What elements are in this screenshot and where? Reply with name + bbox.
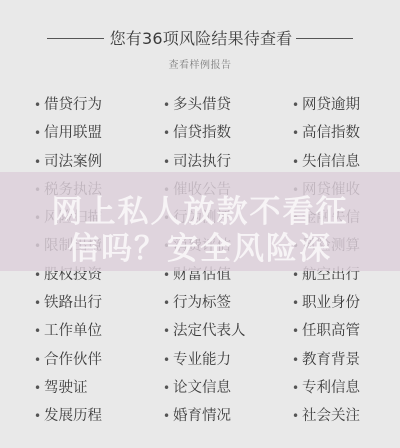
bullet-icon: • — [163, 121, 173, 145]
risk-item: •工作单位 — [34, 319, 102, 343]
risk-item: •高信指数 — [292, 121, 360, 145]
risk-item-label: 铁路出行 — [44, 295, 102, 311]
risk-item: •司法执行 — [163, 150, 231, 174]
risk-item-label: 社会关注 — [302, 408, 360, 424]
bullet-icon: • — [163, 319, 173, 343]
bullet-icon: • — [292, 404, 302, 428]
risk-item-label: 信用联盟 — [44, 125, 102, 141]
grid-row: •驾驶证•论文信息•专利信息 — [0, 376, 400, 404]
risk-item-label: 职业身份 — [302, 295, 360, 311]
grid-row: •信用联盟•信贷指数•高信指数 — [0, 121, 400, 149]
risk-item-label: 失信信息 — [302, 154, 360, 170]
risk-item: •合作伙伴 — [34, 348, 102, 372]
risk-item-label: 发展历程 — [44, 408, 102, 424]
risk-item-label: 司法案例 — [44, 154, 102, 170]
risk-item: •借贷行为 — [34, 93, 102, 117]
bullet-icon: • — [163, 150, 173, 174]
grid-row: •借贷行为•多头借贷•网贷逾期 — [0, 93, 400, 121]
bullet-icon: • — [34, 319, 44, 343]
risk-item: •失信信息 — [292, 150, 360, 174]
grid-row: •工作单位•法定代表人•任职高管 — [0, 319, 400, 347]
risk-item: •社会关注 — [292, 404, 360, 428]
bullet-icon: • — [163, 291, 173, 315]
risk-item-label: 信贷指数 — [173, 125, 231, 141]
bullet-icon: • — [34, 376, 44, 400]
risk-item-label: 专业能力 — [173, 352, 231, 368]
bullet-icon: • — [163, 376, 173, 400]
risk-item-label: 教育背景 — [302, 352, 360, 368]
bullet-icon: • — [292, 348, 302, 372]
headline-line-2: 信吗？安全风险深 — [0, 223, 400, 268]
bullet-icon: • — [34, 348, 44, 372]
bullet-icon: • — [292, 93, 302, 117]
risk-item: •婚育情况 — [163, 404, 231, 428]
risk-item-label: 论文信息 — [173, 380, 231, 396]
bullet-icon: • — [34, 404, 44, 428]
bullet-icon: • — [34, 150, 44, 174]
grid-row: •发展历程•婚育情况•社会关注 — [0, 404, 400, 432]
risk-item: •教育背景 — [292, 348, 360, 372]
bullet-icon: • — [292, 121, 302, 145]
risk-item-label: 网贷逾期 — [302, 97, 360, 113]
bullet-icon: • — [34, 121, 44, 145]
risk-item-label: 任职高管 — [302, 323, 360, 339]
view-sample-report-link[interactable]: 查看样例报告 — [0, 56, 400, 71]
risk-item-label: 驾驶证 — [44, 380, 88, 396]
risk-item-label: 法定代表人 — [173, 323, 246, 339]
divider-right — [296, 38, 353, 39]
risk-item-label: 司法执行 — [173, 154, 231, 170]
risk-item-label: 婚育情况 — [173, 408, 231, 424]
risk-item-label: 专利信息 — [302, 380, 360, 396]
risk-item-label: 借贷行为 — [44, 97, 102, 113]
risk-item: •多头借贷 — [163, 93, 231, 117]
risk-item: •发展历程 — [34, 404, 102, 428]
risk-item-label: 行为标签 — [173, 295, 231, 311]
risk-item: •职业身份 — [292, 291, 360, 315]
risk-item: •信贷指数 — [163, 121, 231, 145]
bullet-icon: • — [292, 291, 302, 315]
risk-count-title: 您有36项风险结果待查看 — [108, 26, 294, 49]
risk-item: •论文信息 — [163, 376, 231, 400]
header: 您有36项风险结果待查看 — [0, 24, 400, 52]
risk-item-label: 高信指数 — [302, 125, 360, 141]
grid-row: •合作伙伴•专业能力•教育背景 — [0, 348, 400, 376]
bullet-icon: • — [292, 319, 302, 343]
risk-item: •行为标签 — [163, 291, 231, 315]
risk-item-label: 工作单位 — [44, 323, 102, 339]
risk-item: •信用联盟 — [34, 121, 102, 145]
risk-item: •铁路出行 — [34, 291, 102, 315]
divider-left — [47, 38, 104, 39]
risk-item: •任职高管 — [292, 319, 360, 343]
bullet-icon: • — [163, 348, 173, 372]
bullet-icon: • — [34, 93, 44, 117]
risk-item-label: 多头借贷 — [173, 97, 231, 113]
bullet-icon: • — [292, 150, 302, 174]
risk-item: •专利信息 — [292, 376, 360, 400]
grid-row: •铁路出行•行为标签•职业身份 — [0, 291, 400, 319]
bullet-icon: • — [292, 376, 302, 400]
bullet-icon: • — [163, 404, 173, 428]
risk-item: •法定代表人 — [163, 319, 246, 343]
bullet-icon: • — [163, 93, 173, 117]
bullet-icon: • — [34, 291, 44, 315]
risk-item: •司法案例 — [34, 150, 102, 174]
risk-item: •网贷逾期 — [292, 93, 360, 117]
risk-item-label: 合作伙伴 — [44, 352, 102, 368]
risk-item: •专业能力 — [163, 348, 231, 372]
risk-item: •驾驶证 — [34, 376, 88, 400]
